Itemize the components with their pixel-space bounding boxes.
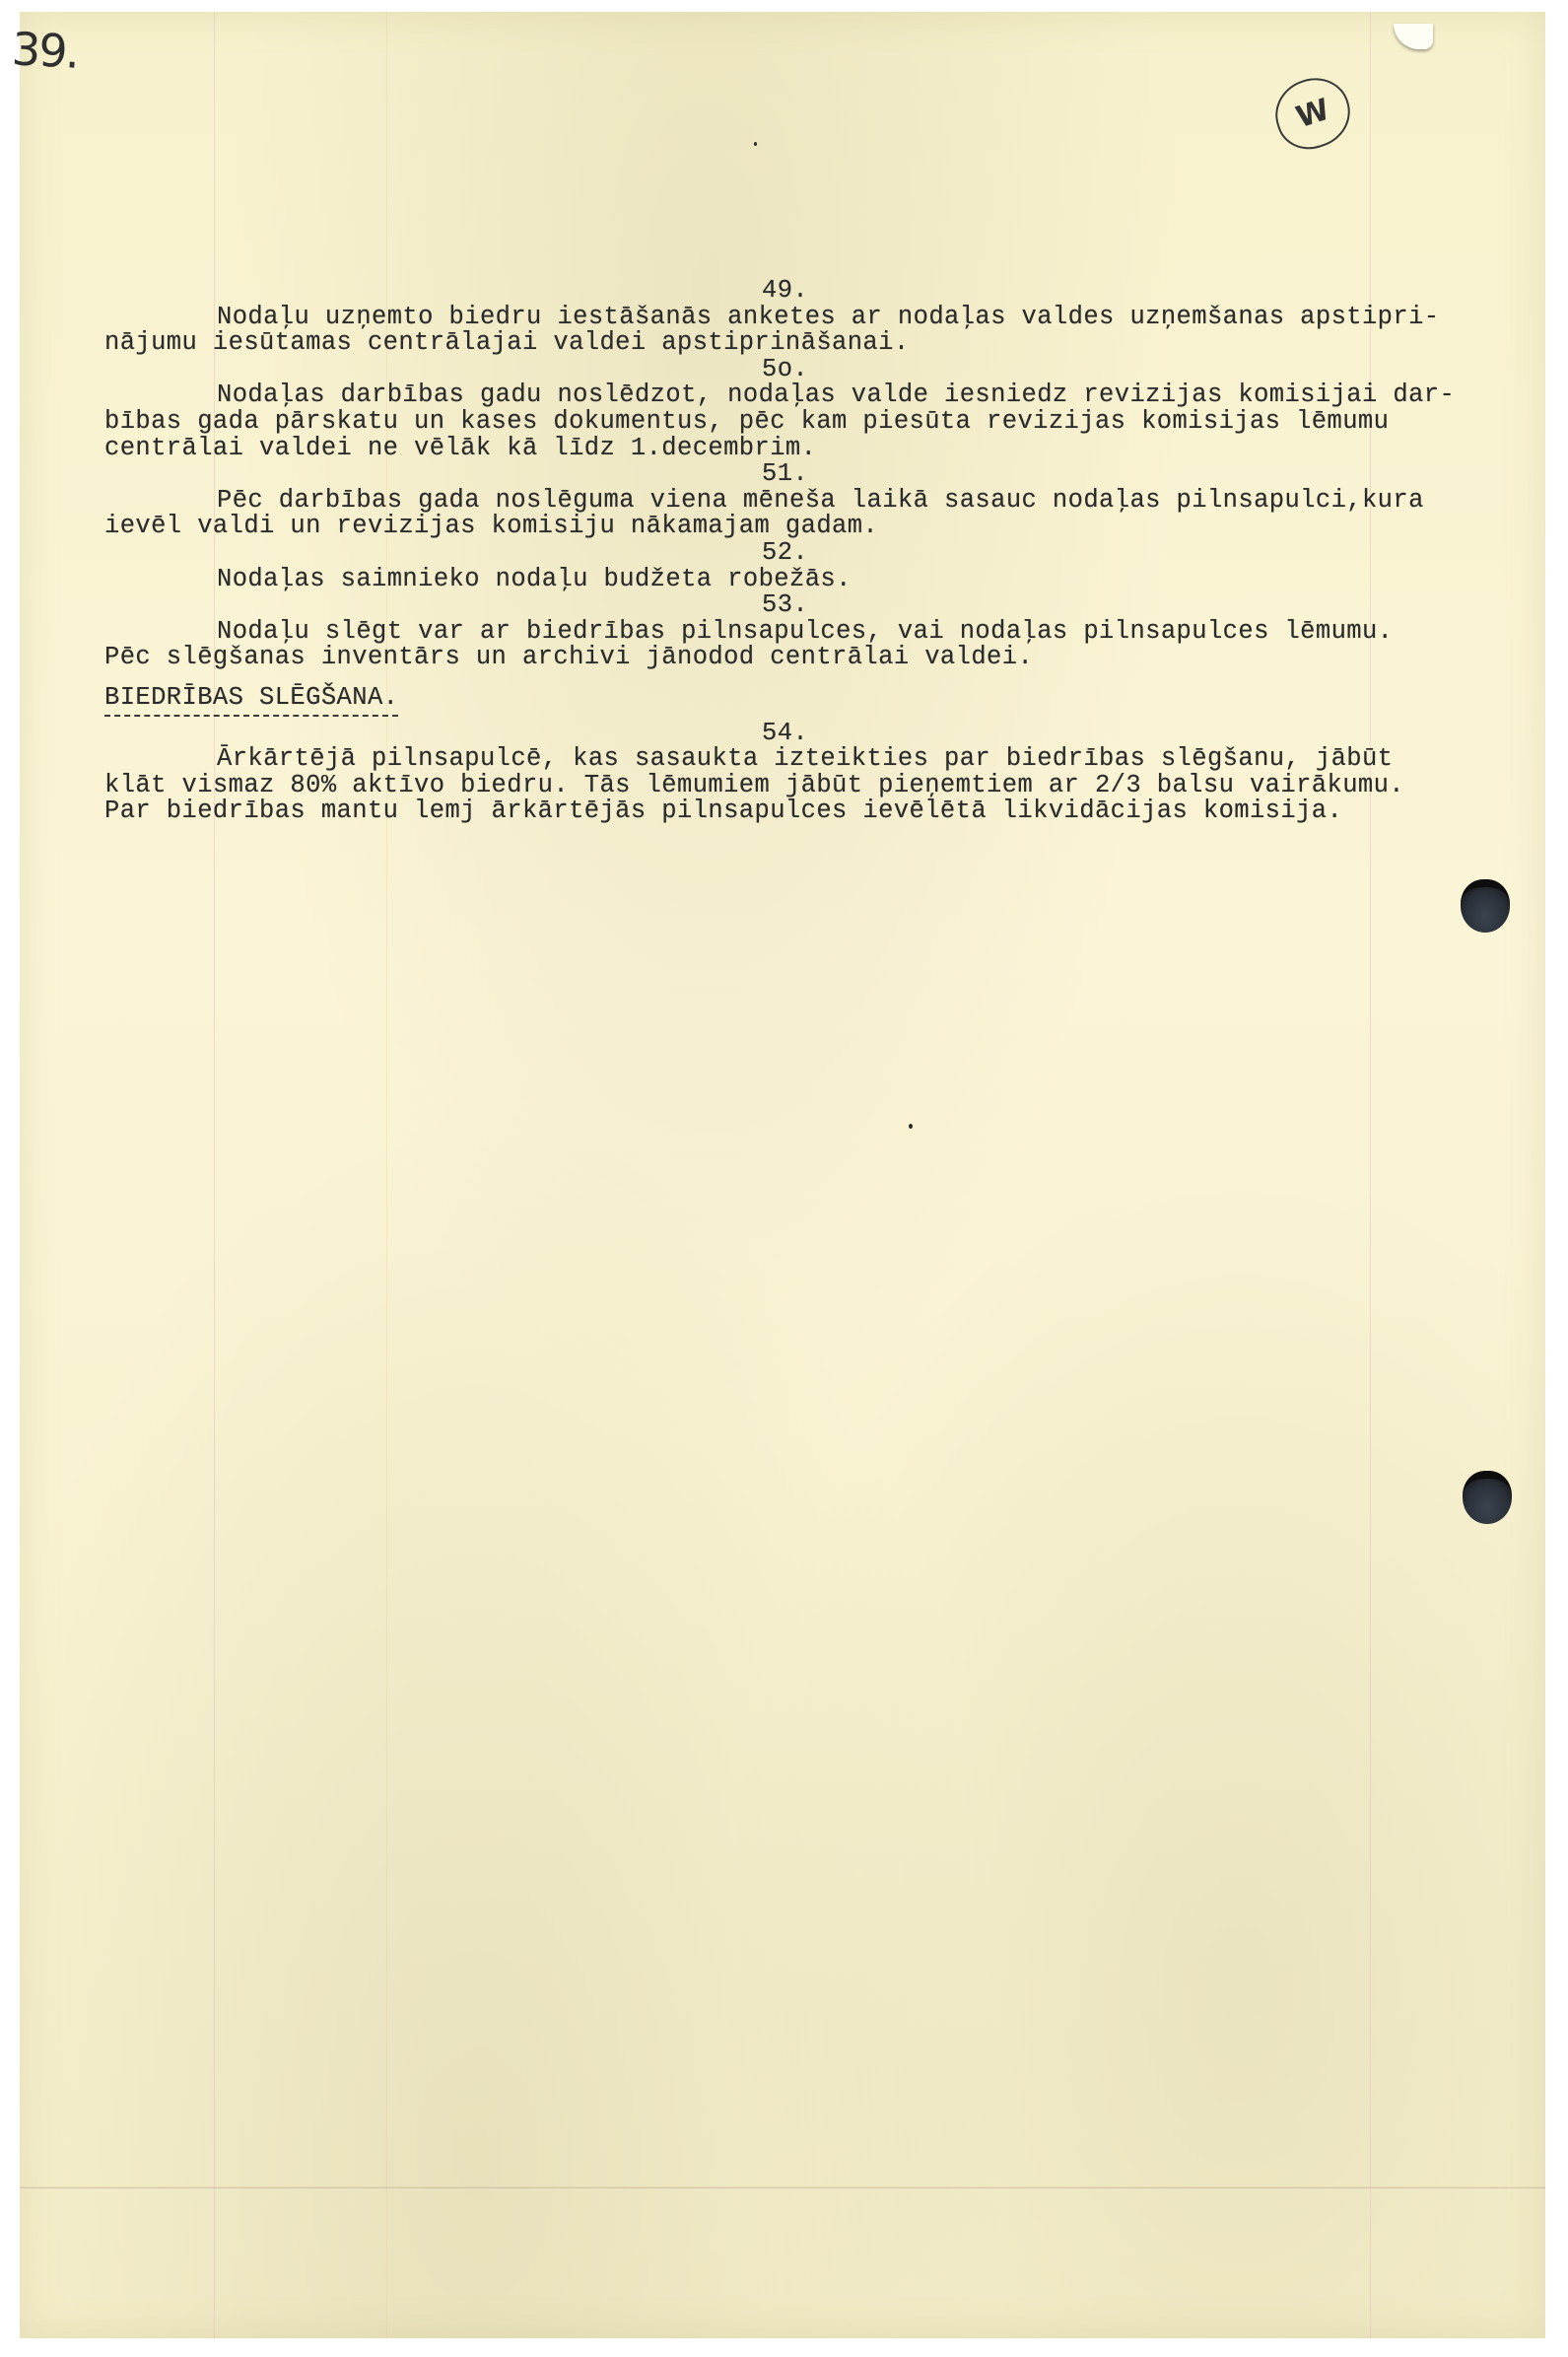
text-line: nājumu iesūtamas centrālajai valdei apst… — [104, 330, 1524, 357]
text-line: Nodaļas darbības gadu noslēdzot, nodaļas… — [104, 382, 1524, 409]
text-line: centrālai valdei ne vēlāk kā līdz 1.dece… — [104, 436, 1524, 462]
section-53: 53. Nodaļu slēgt var ar biedrības pilnsa… — [104, 592, 1524, 671]
section-number: 51. — [104, 461, 1524, 488]
section-heading: BIEDRĪBAS SLĒGŠANA. — [104, 685, 398, 717]
text-line: ievēl valdi un revizijas komisiju nākama… — [104, 514, 1524, 540]
section-number: 49. — [104, 278, 1524, 305]
initials-text: W — [1292, 92, 1333, 135]
text-line: Nodaļas saimnieko nodaļu budžeta robežās… — [104, 567, 1524, 593]
text-line: Nodaļu slēgt var ar biedrības pilnsapulc… — [104, 619, 1524, 646]
punch-hole-icon — [1463, 1471, 1512, 1524]
section-number: 54. — [104, 721, 1524, 747]
section-heading-block: BIEDRĪBAS SLĒGŠANA. — [104, 671, 1524, 721]
typed-text-body: 49. Nodaļu uzņemto biedru iestāšanās ank… — [104, 278, 1524, 825]
staple-tear — [1394, 24, 1433, 49]
ink-speck — [909, 1124, 913, 1129]
text-line: bības gada pārskatu un kases dokumentus,… — [104, 409, 1524, 436]
text-line: Pēc slēgšanas inventārs un archivi jānod… — [104, 645, 1524, 671]
section-51: 51. Pēc darbības gada noslēguma viena mē… — [104, 461, 1524, 540]
text-line: Par biedrības mantu lemj ārkārtējās piln… — [104, 798, 1524, 825]
section-49: 49. Nodaļu uzņemto biedru iestāšanās ank… — [104, 278, 1524, 357]
section-54: 54. Ārkārtējā pilnsapulcē, kas sasaukta … — [104, 721, 1524, 825]
section-number: 5o. — [104, 357, 1524, 383]
handwritten-page-number: 39. — [11, 22, 80, 78]
ink-speck — [754, 142, 757, 146]
section-number: 53. — [104, 592, 1524, 619]
punch-hole-icon — [1461, 879, 1510, 933]
paper-fold-crease — [20, 2186, 1545, 2189]
text-line: Nodaļu uzņemto biedru iestāšanās anketes… — [104, 305, 1524, 331]
section-50: 5o. Nodaļas darbības gadu noslēdzot, nod… — [104, 357, 1524, 461]
section-52: 52. Nodaļas saimnieko nodaļu budžeta rob… — [104, 540, 1524, 592]
section-number: 52. — [104, 540, 1524, 567]
text-line: Ārkārtējā pilnsapulcē, kas sasaukta izte… — [104, 746, 1524, 773]
text-line: Pēc darbības gada noslēguma viena mēneša… — [104, 488, 1524, 515]
text-line: klāt vismaz 80% aktīvo biedru. Tās lēmum… — [104, 773, 1524, 799]
